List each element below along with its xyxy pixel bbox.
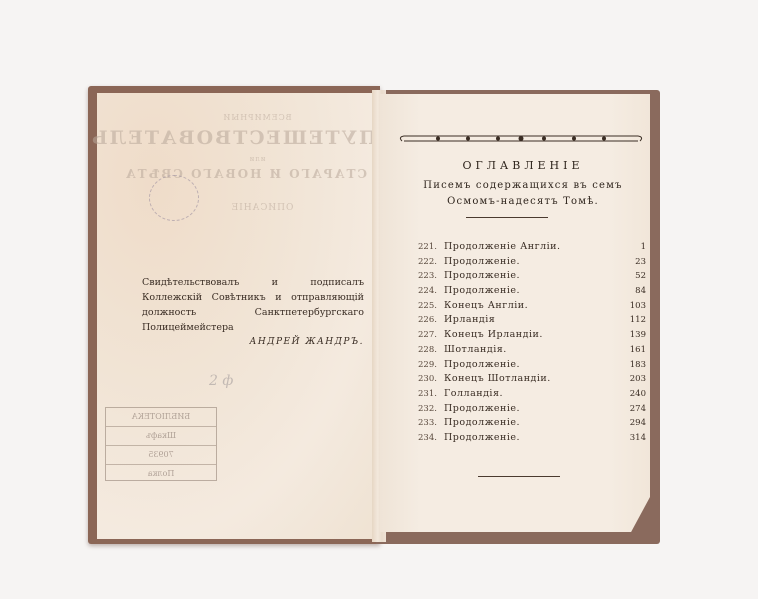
toc-page: 203 — [616, 372, 646, 387]
round-stamp — [149, 175, 199, 221]
toc-page: 112 — [616, 313, 646, 328]
toc-page: 52 — [616, 269, 646, 284]
toc-label: Продолженіе. — [444, 402, 616, 417]
show-through-text: ПУТЕШЕСТВОВАТЕЛЬ — [127, 127, 377, 149]
show-through-text: или — [162, 155, 352, 163]
stamp-line: БИБЛІОТЕКА — [106, 408, 216, 427]
toc-entry: 234.Продолженіе.314 — [418, 431, 646, 446]
toc-page: 139 — [616, 328, 646, 343]
toc-page: 240 — [616, 387, 646, 402]
toc-number: 230. — [418, 372, 444, 387]
table-of-contents: 221.Продолженіе Англіи.1 222.Продолженіе… — [418, 240, 646, 446]
toc-label: Продолженіе. — [444, 416, 616, 431]
divider-rule — [466, 217, 548, 218]
toc-number: 233. — [418, 416, 444, 431]
open-book: ВСЕМИРНЫЙ ПУТЕШЕСТВОВАТЕЛЬ или СТАРАГО И… — [88, 86, 660, 546]
toc-label: Продолженіе. — [444, 358, 616, 373]
toc-number: 228. — [418, 343, 444, 358]
toc-entry: 229.Продолженіе.183 — [418, 358, 646, 373]
toc-subtitle-line: Писемъ содержащихся въ семъ — [388, 178, 658, 194]
toc-entry: 222.Продолженіе.23 — [418, 255, 646, 270]
toc-label: Ирландія — [444, 313, 616, 328]
toc-page: 314 — [616, 431, 646, 446]
toc-label: Продолженіе Англіи. — [444, 240, 616, 255]
certification-text: Свидѣтельствовалъ и подписалъ Коллежскій… — [142, 275, 364, 350]
toc-number: 224. — [418, 284, 444, 299]
toc-subtitle-line: Осмомъ-надесятъ Томѣ. — [388, 194, 658, 210]
toc-entry: 231.Голландія.240 — [418, 387, 646, 402]
toc-number: 232. — [418, 402, 444, 417]
toc-page: 183 — [616, 358, 646, 373]
toc-entry: 225.Конецъ Англіи.103 — [418, 299, 646, 314]
toc-page: 23 — [616, 255, 646, 270]
divider-rule — [478, 476, 560, 477]
toc-title: ОГЛАВЛЕНІЕ — [388, 159, 658, 172]
stamp-line: Полка — [106, 465, 216, 483]
toc-entry: 228.Шотландія.161 — [418, 343, 646, 358]
toc-page: 84 — [616, 284, 646, 299]
toc-entry: 226.Ирландія112 — [418, 313, 646, 328]
library-stamp: БИБЛІОТЕКА Шкафъ 70935 Полка — [105, 407, 217, 481]
toc-label: Конецъ Ирландіи. — [444, 328, 616, 343]
toc-number: 221. — [418, 240, 444, 255]
toc-label: Голландія. — [444, 387, 616, 402]
toc-number: 227. — [418, 328, 444, 343]
toc-entry: 227.Конецъ Ирландіи.139 — [418, 328, 646, 343]
toc-number: 226. — [418, 313, 444, 328]
toc-label: Продолженіе. — [444, 269, 616, 284]
pencil-mark: 2 ф — [209, 373, 233, 389]
toc-label: Конецъ Англіи. — [444, 299, 616, 314]
toc-page: 1 — [616, 240, 646, 255]
toc-number: 225. — [418, 299, 444, 314]
toc-entry: 233.Продолженіе.294 — [418, 416, 646, 431]
toc-entry: 224.Продолженіе.84 — [418, 284, 646, 299]
show-through-text: ВСЕМИРНЫЙ — [162, 113, 352, 122]
toc-number: 229. — [418, 358, 444, 373]
toc-entry: 230.Конецъ Шотландіи.203 — [418, 372, 646, 387]
toc-entry: 223.Продолженіе.52 — [418, 269, 646, 284]
toc-number: 234. — [418, 431, 444, 446]
left-page: ВСЕМИРНЫЙ ПУТЕШЕСТВОВАТЕЛЬ или СТАРАГО И… — [97, 93, 380, 539]
certification-body: Свидѣтельствовалъ и подписалъ Коллежскій… — [142, 277, 364, 333]
toc-label: Продолженіе. — [444, 431, 616, 446]
ornament-divider-icon — [398, 133, 644, 145]
toc-number: 222. — [418, 255, 444, 270]
toc-label: Продолженіе. — [444, 255, 616, 270]
toc-label: Продолженіе. — [444, 284, 616, 299]
stamp-line: 70935 — [106, 446, 216, 465]
signature: АНДРЕЙ ЖАНДРЪ. — [142, 335, 364, 350]
toc-entry: 232.Продолженіе.274 — [418, 402, 646, 417]
toc-page: 274 — [616, 402, 646, 417]
toc-subtitle: Писемъ содержащихся въ семъ Осмомъ-надес… — [388, 178, 658, 210]
toc-number: 223. — [418, 269, 444, 284]
toc-entry: 221.Продолженіе Англіи.1 — [418, 240, 646, 255]
toc-page: 161 — [616, 343, 646, 358]
stamp-line: Шкафъ — [106, 427, 216, 446]
toc-label: Конецъ Шотландіи. — [444, 372, 616, 387]
toc-page: 103 — [616, 299, 646, 314]
toc-page: 294 — [616, 416, 646, 431]
toc-label: Шотландія. — [444, 343, 616, 358]
toc-number: 231. — [418, 387, 444, 402]
